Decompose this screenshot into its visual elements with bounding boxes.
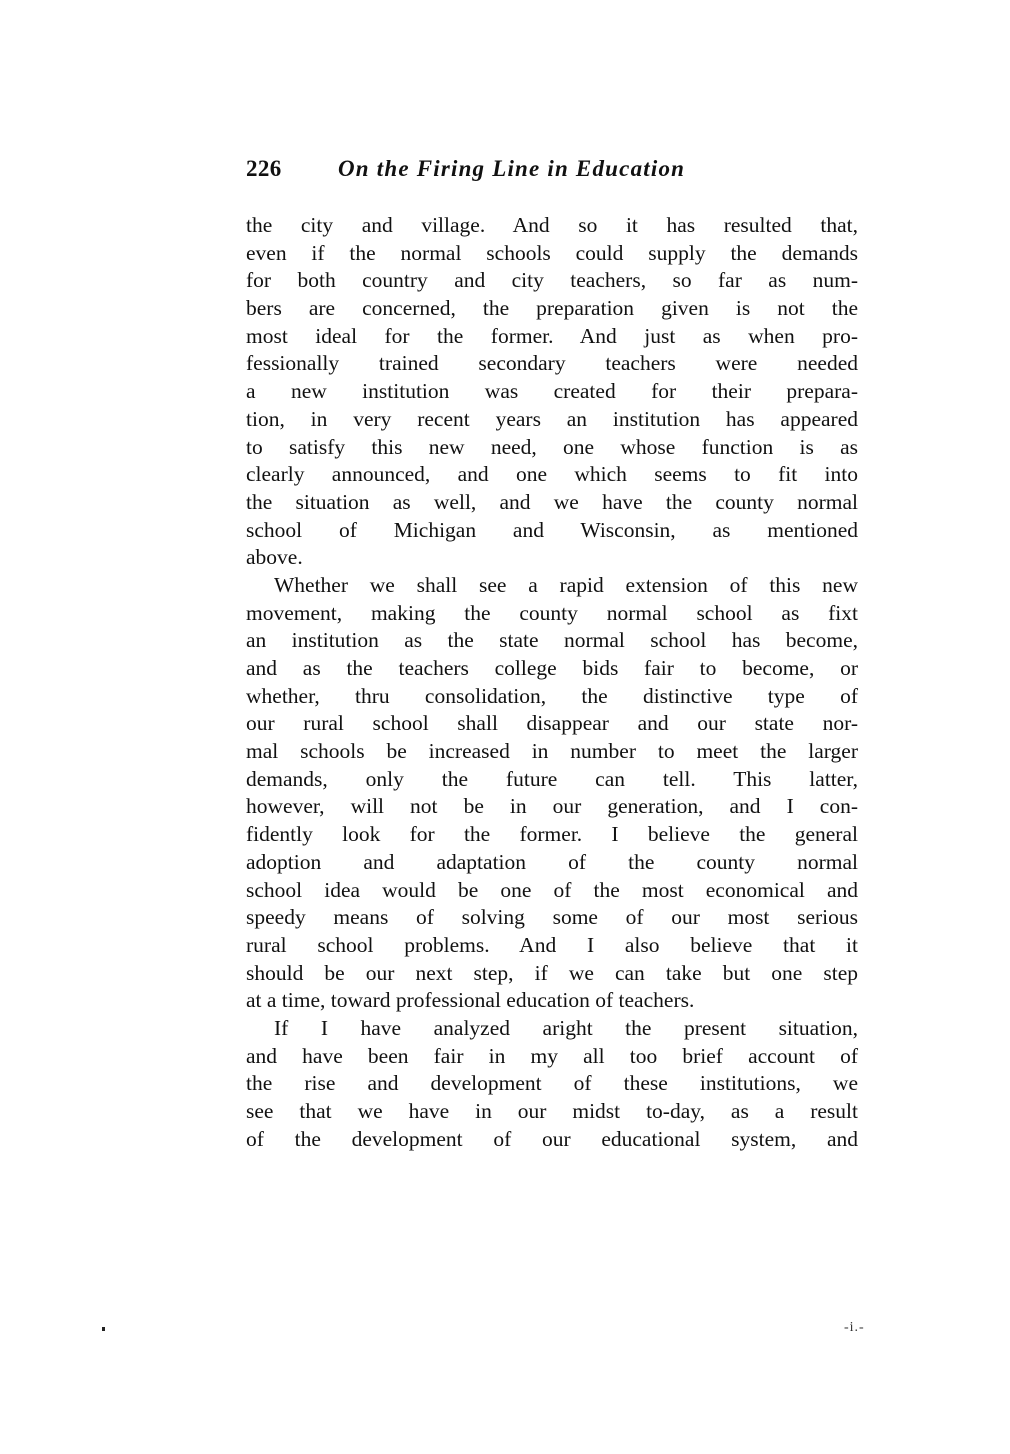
text-line: speedy means of solving some of our most… <box>246 904 858 932</box>
text-line: bers are concerned, the preparation give… <box>246 295 858 323</box>
text-line: whether, thru consolidation, the distinc… <box>246 683 858 711</box>
text-line: the rise and development of these instit… <box>246 1070 858 1098</box>
text-line: see that we have in our midst to-day, as… <box>246 1098 858 1126</box>
running-head: 226 On the Firing Line in Education <box>246 156 858 186</box>
text-line: school idea would be one of the most eco… <box>246 877 858 905</box>
text-line: and have been fair in my all too brief a… <box>246 1043 858 1071</box>
text-line: rural school problems. And I also believ… <box>246 932 858 960</box>
text-line: tion, in very recent years an institutio… <box>246 406 858 434</box>
text-line: an institution as the state normal schoo… <box>246 627 858 655</box>
text-line: should be our next step, if we can take … <box>246 960 858 988</box>
text-line: most ideal for the former. And just as w… <box>246 323 858 351</box>
paragraph: If I have analyzed aright the present si… <box>246 1015 858 1153</box>
text-line: to satisfy this new need, one whose func… <box>246 434 858 462</box>
text-line: above. <box>246 544 858 572</box>
scan-speck <box>102 1327 105 1331</box>
text-line: If I have analyzed aright the present si… <box>246 1015 858 1043</box>
text-line: fidently look for the former. I believe … <box>246 821 858 849</box>
text-line: our rural school shall disappear and our… <box>246 710 858 738</box>
paragraph: the city and village. And so it has resu… <box>246 212 858 572</box>
text-line: the city and village. And so it has resu… <box>246 212 858 240</box>
text-line: and as the teachers college bids fair to… <box>246 655 858 683</box>
book-page: 226 On the Firing Line in Education the … <box>0 0 1010 1454</box>
text-line: mal schools be increased in number to me… <box>246 738 858 766</box>
page-number: 226 <box>246 156 338 182</box>
text-line: fessionally trained secondary teachers w… <box>246 350 858 378</box>
text-line: demands, only the future can tell. This … <box>246 766 858 794</box>
text-line: for both country and city teachers, so f… <box>246 267 858 295</box>
text-line: of the development of our educational sy… <box>246 1126 858 1154</box>
running-title: On the Firing Line in Education <box>338 156 685 182</box>
text-line: at a time, toward professional education… <box>246 987 858 1015</box>
text-line: movement, making the county normal schoo… <box>246 600 858 628</box>
text-line: school of Michigan and Wisconsin, as men… <box>246 517 858 545</box>
paragraph: Whether we shall see a rapid extension o… <box>246 572 858 1015</box>
text-line: however, will not be in our generation, … <box>246 793 858 821</box>
text-line: a new institution was created for their … <box>246 378 858 406</box>
text-line: adoption and adaptation of the county no… <box>246 849 858 877</box>
text-line: even if the normal schools could supply … <box>246 240 858 268</box>
scan-mark: -i.- <box>844 1320 865 1336</box>
body-text: the city and village. And so it has resu… <box>246 212 858 1153</box>
text-line: Whether we shall see a rapid extension o… <box>246 572 858 600</box>
text-line: clearly announced, and one which seems t… <box>246 461 858 489</box>
text-line: the situation as well, and we have the c… <box>246 489 858 517</box>
